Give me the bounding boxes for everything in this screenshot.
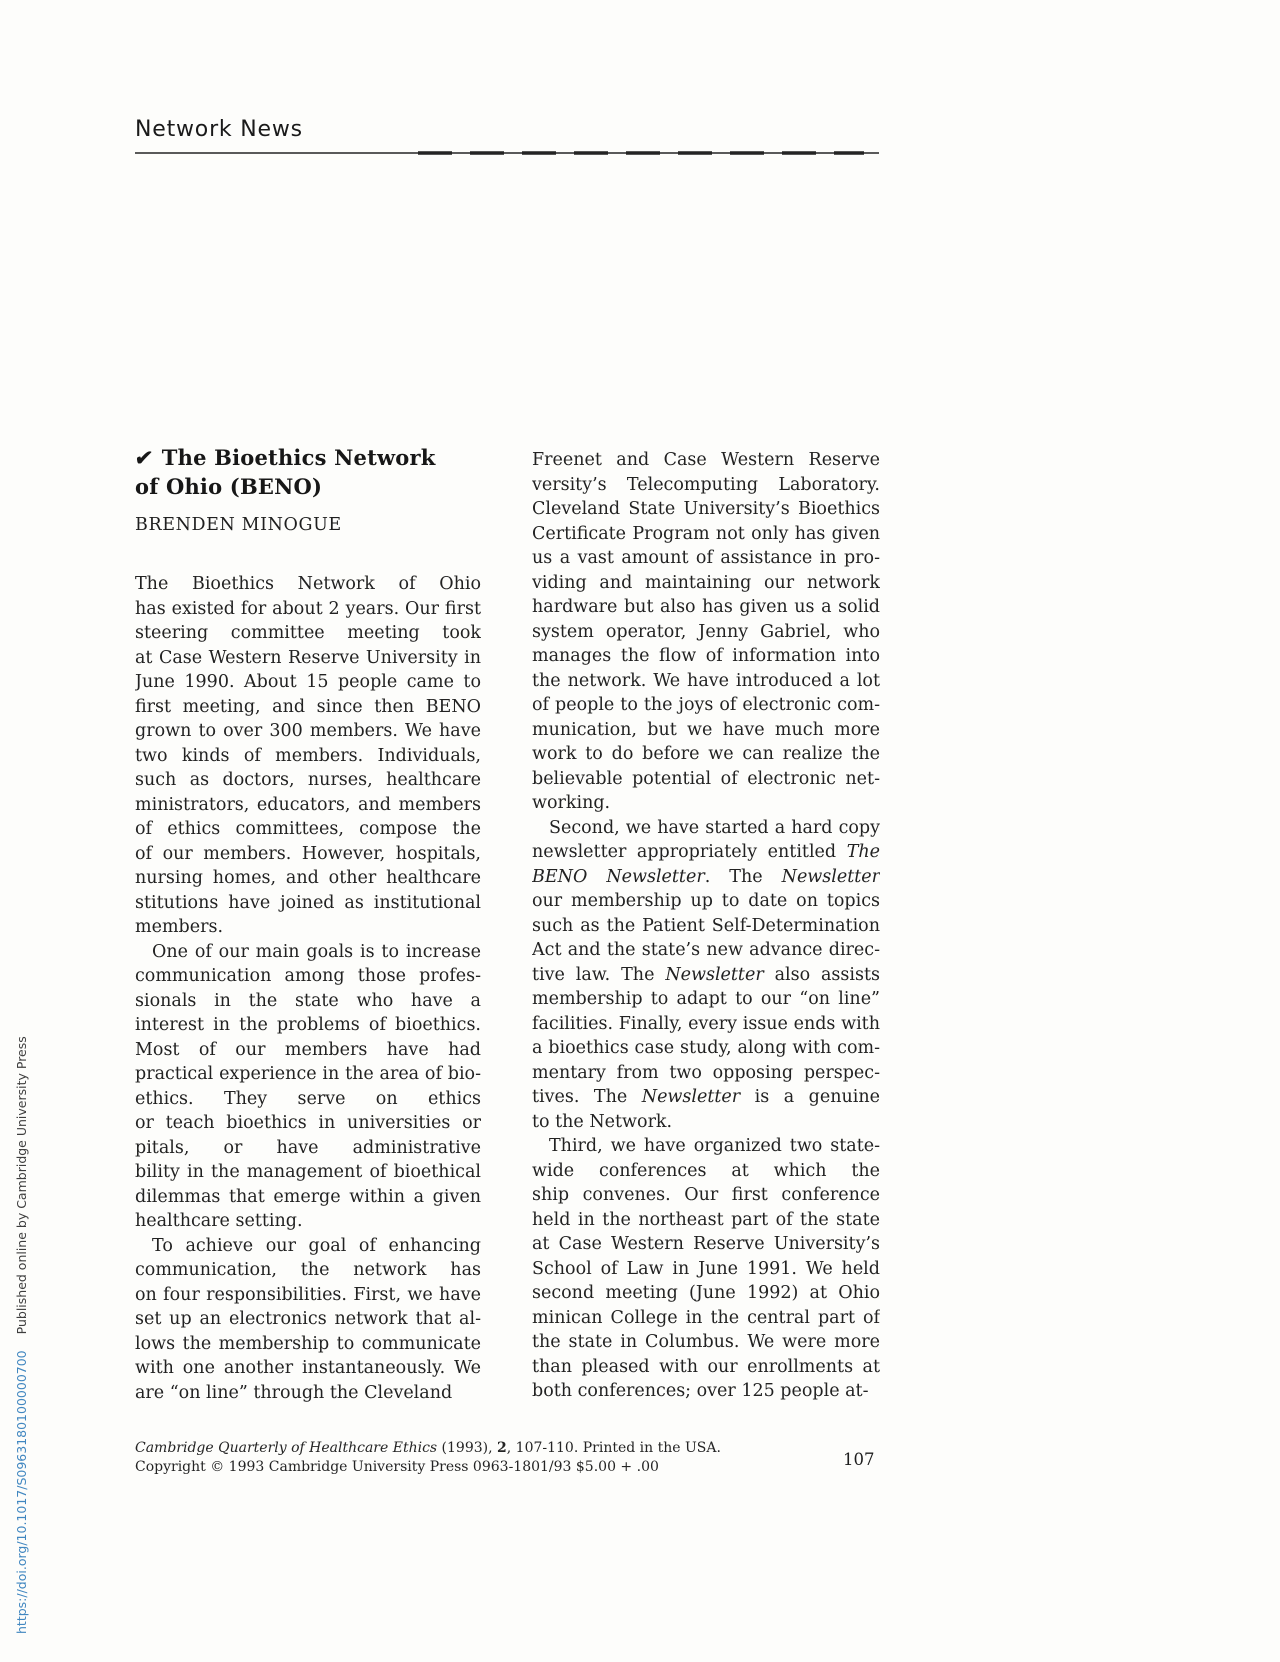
checkmark-icon: ✔ bbox=[133, 443, 155, 472]
text-line: interest in the problems of bioethics. bbox=[135, 1013, 481, 1038]
text-line: mentary from two opposing perspec- bbox=[532, 1061, 880, 1086]
text-line: lows the membership to communicate bbox=[135, 1332, 481, 1357]
footer-citation: Cambridge Quarterly of Healthcare Ethics… bbox=[135, 1439, 855, 1458]
text-line: such as doctors, nurses, healthcare ad- bbox=[135, 768, 481, 793]
header-rule bbox=[135, 152, 879, 154]
paragraph: The Bioethics Network of Ohio (BENO)has … bbox=[135, 572, 481, 940]
right-column-text: Freenet and Case Western Reserve Uni-ver… bbox=[532, 448, 880, 1404]
text-line: of ethics committees, compose the bulk bbox=[135, 817, 481, 842]
text-line: work to do before we can realize the un- bbox=[532, 742, 880, 767]
text-line: nursing homes, and other healthcare in- bbox=[135, 866, 481, 891]
text-line: dilemmas that emerge within a given bbox=[135, 1185, 481, 1210]
section-title: Network News bbox=[135, 117, 303, 142]
text-line: with one another instantaneously. We bbox=[135, 1356, 481, 1381]
text-line: newsletter appropriately entitled The bbox=[532, 840, 880, 865]
text-line: to the Network. bbox=[532, 1110, 880, 1135]
text-line: believable potential of electronic net- bbox=[532, 767, 880, 792]
text-line: munication, but we have much more bbox=[532, 718, 880, 743]
text-line: us a vast amount of assistance in pro- bbox=[532, 546, 880, 571]
text-line: a bioethics case study, along with com- bbox=[532, 1036, 880, 1061]
right-column: Freenet and Case Western Reserve Uni-ver… bbox=[532, 448, 880, 1404]
scanned-journal-page: { "header": { "section_title": "Network … bbox=[0, 0, 1280, 1662]
text-line: Third, we have organized two state- bbox=[532, 1134, 880, 1159]
text-line: ship convenes. Our first conference was bbox=[532, 1183, 880, 1208]
text-line: working. bbox=[532, 791, 880, 816]
footer-copyright: Copyright © 1993 Cambridge University Pr… bbox=[135, 1458, 855, 1477]
text-line: has existed for about 2 years. Our first bbox=[135, 597, 481, 622]
text-line: at Case Western Reserve University’s bbox=[532, 1232, 880, 1257]
text-line: minican College in the central part of bbox=[532, 1306, 880, 1331]
text-line: To achieve our goal of enhancing bbox=[135, 1234, 481, 1259]
footer: Cambridge Quarterly of Healthcare Ethics… bbox=[135, 1439, 855, 1477]
text-line: of our members. However, hospitals, bbox=[135, 842, 481, 867]
text-line: at Case Western Reserve University in bbox=[135, 646, 481, 671]
text-line: Cleveland State University’s Bioethics bbox=[532, 497, 880, 522]
text-line: than pleased with our enrollments at bbox=[532, 1355, 880, 1380]
text-line: of people to the joys of electronic com- bbox=[532, 693, 880, 718]
text-line: on four responsibilities. First, we have bbox=[135, 1283, 481, 1308]
text-line: stitutions have joined as institutional bbox=[135, 891, 481, 916]
text-line: such as the Patient Self-Determination bbox=[532, 914, 880, 939]
article-title-line1: The Bioethics Network bbox=[162, 445, 436, 470]
article-title: ✔The Bioethics Network of Ohio (BENO) bbox=[135, 443, 481, 501]
text-line: bility in the management of bioethical bbox=[135, 1160, 481, 1185]
text-line: viding and maintaining our network bbox=[532, 571, 880, 596]
text-line: held in the northeast part of the state bbox=[532, 1208, 880, 1233]
text-line: pitals, or have administrative responsi- bbox=[135, 1136, 481, 1161]
text-line: our membership up to date on topics bbox=[532, 889, 880, 914]
text-line: membership to adapt to our “on line” bbox=[532, 987, 880, 1012]
text-line: hardware but also has given us a solid bbox=[532, 595, 880, 620]
text-line: One of our main goals is to increase bbox=[135, 940, 481, 965]
text-line: or teach bioethics in universities or ho… bbox=[135, 1111, 481, 1136]
sidebar-doi-note: https://doi.org/10.1017/S096318010000070… bbox=[14, 1036, 29, 1634]
text-line: sionals in the state who have a genuine bbox=[135, 989, 481, 1014]
text-line: wide conferences at which the member- bbox=[532, 1159, 880, 1184]
text-line: June 1990. About 15 people came to this bbox=[135, 670, 481, 695]
paragraph: To achieve our goal of enhancingcommunic… bbox=[135, 1234, 481, 1406]
text-line: second meeting (June 1992) at Ohio Do- bbox=[532, 1281, 880, 1306]
text-line: Certificate Program not only has given bbox=[532, 522, 880, 547]
text-line: Second, we have started a hard copy bbox=[532, 816, 880, 841]
text-line: tive law. The Newsletter also assists ou… bbox=[532, 963, 880, 988]
left-column-text: The Bioethics Network of Ohio (BENO)has … bbox=[135, 572, 481, 1405]
text-line: communication among those profes- bbox=[135, 964, 481, 989]
text-line: the network. We have introduced a lot bbox=[532, 669, 880, 694]
left-column: ✔The Bioethics Network of Ohio (BENO) BR… bbox=[135, 443, 481, 1405]
text-line: Most of our members have had valuable bbox=[135, 1038, 481, 1063]
paragraph: Second, we have started a hard copynewsl… bbox=[532, 816, 880, 1135]
text-line: practical experience in the area of bio- bbox=[135, 1062, 481, 1087]
text-line: communication, the network has taken bbox=[135, 1258, 481, 1283]
text-line: versity’s Telecomputing Laboratory. bbox=[532, 473, 880, 498]
paragraph: One of our main goals is to increasecomm… bbox=[135, 940, 481, 1234]
doi-link[interactable]: https://doi.org/10.1017/S096318010000070… bbox=[14, 1350, 29, 1634]
text-line: first meeting, and since then BENO has bbox=[135, 695, 481, 720]
text-line: members. bbox=[135, 915, 481, 940]
publisher-note: Published online by Cambridge University… bbox=[14, 1036, 29, 1334]
text-line: set up an electronics network that al- bbox=[135, 1307, 481, 1332]
article-author: BRENDEN MINOGUE bbox=[135, 515, 481, 535]
text-line: tives. The Newsletter is a genuine asset bbox=[532, 1085, 880, 1110]
text-line: two kinds of members. Individuals, bbox=[135, 744, 481, 769]
text-line: Act and the state’s new advance direc- bbox=[532, 938, 880, 963]
page-number: 107 bbox=[843, 1450, 875, 1469]
paragraph: Third, we have organized two state-wide … bbox=[532, 1134, 880, 1404]
text-line: ministrators, educators, and members bbox=[135, 793, 481, 818]
text-line: ethics. They serve on ethics committees, bbox=[135, 1087, 481, 1112]
text-line: manages the flow of information into bbox=[532, 644, 880, 669]
text-line: steering committee meeting took place bbox=[135, 621, 481, 646]
paragraph: Freenet and Case Western Reserve Uni-ver… bbox=[532, 448, 880, 816]
text-line: grown to over 300 members. We have bbox=[135, 719, 481, 744]
text-line: facilities. Finally, every issue ends wi… bbox=[532, 1012, 880, 1037]
text-line: School of Law in June 1991. We held our bbox=[532, 1257, 880, 1282]
text-line: system operator, Jenny Gabriel, who bbox=[532, 620, 880, 645]
text-line: BENO Newsletter. The Newsletter keeps bbox=[532, 865, 880, 890]
text-line: the state in Columbus. We were more bbox=[532, 1330, 880, 1355]
text-line: The Bioethics Network of Ohio (BENO) bbox=[135, 572, 481, 597]
text-line: Freenet and Case Western Reserve Uni- bbox=[532, 448, 880, 473]
text-line: both conferences; over 125 people at- bbox=[532, 1379, 880, 1404]
text-line: healthcare setting. bbox=[135, 1209, 481, 1234]
text-line: are “on line” through the Cleveland bbox=[135, 1381, 481, 1406]
article-title-line2: of Ohio (BENO) bbox=[135, 474, 322, 499]
